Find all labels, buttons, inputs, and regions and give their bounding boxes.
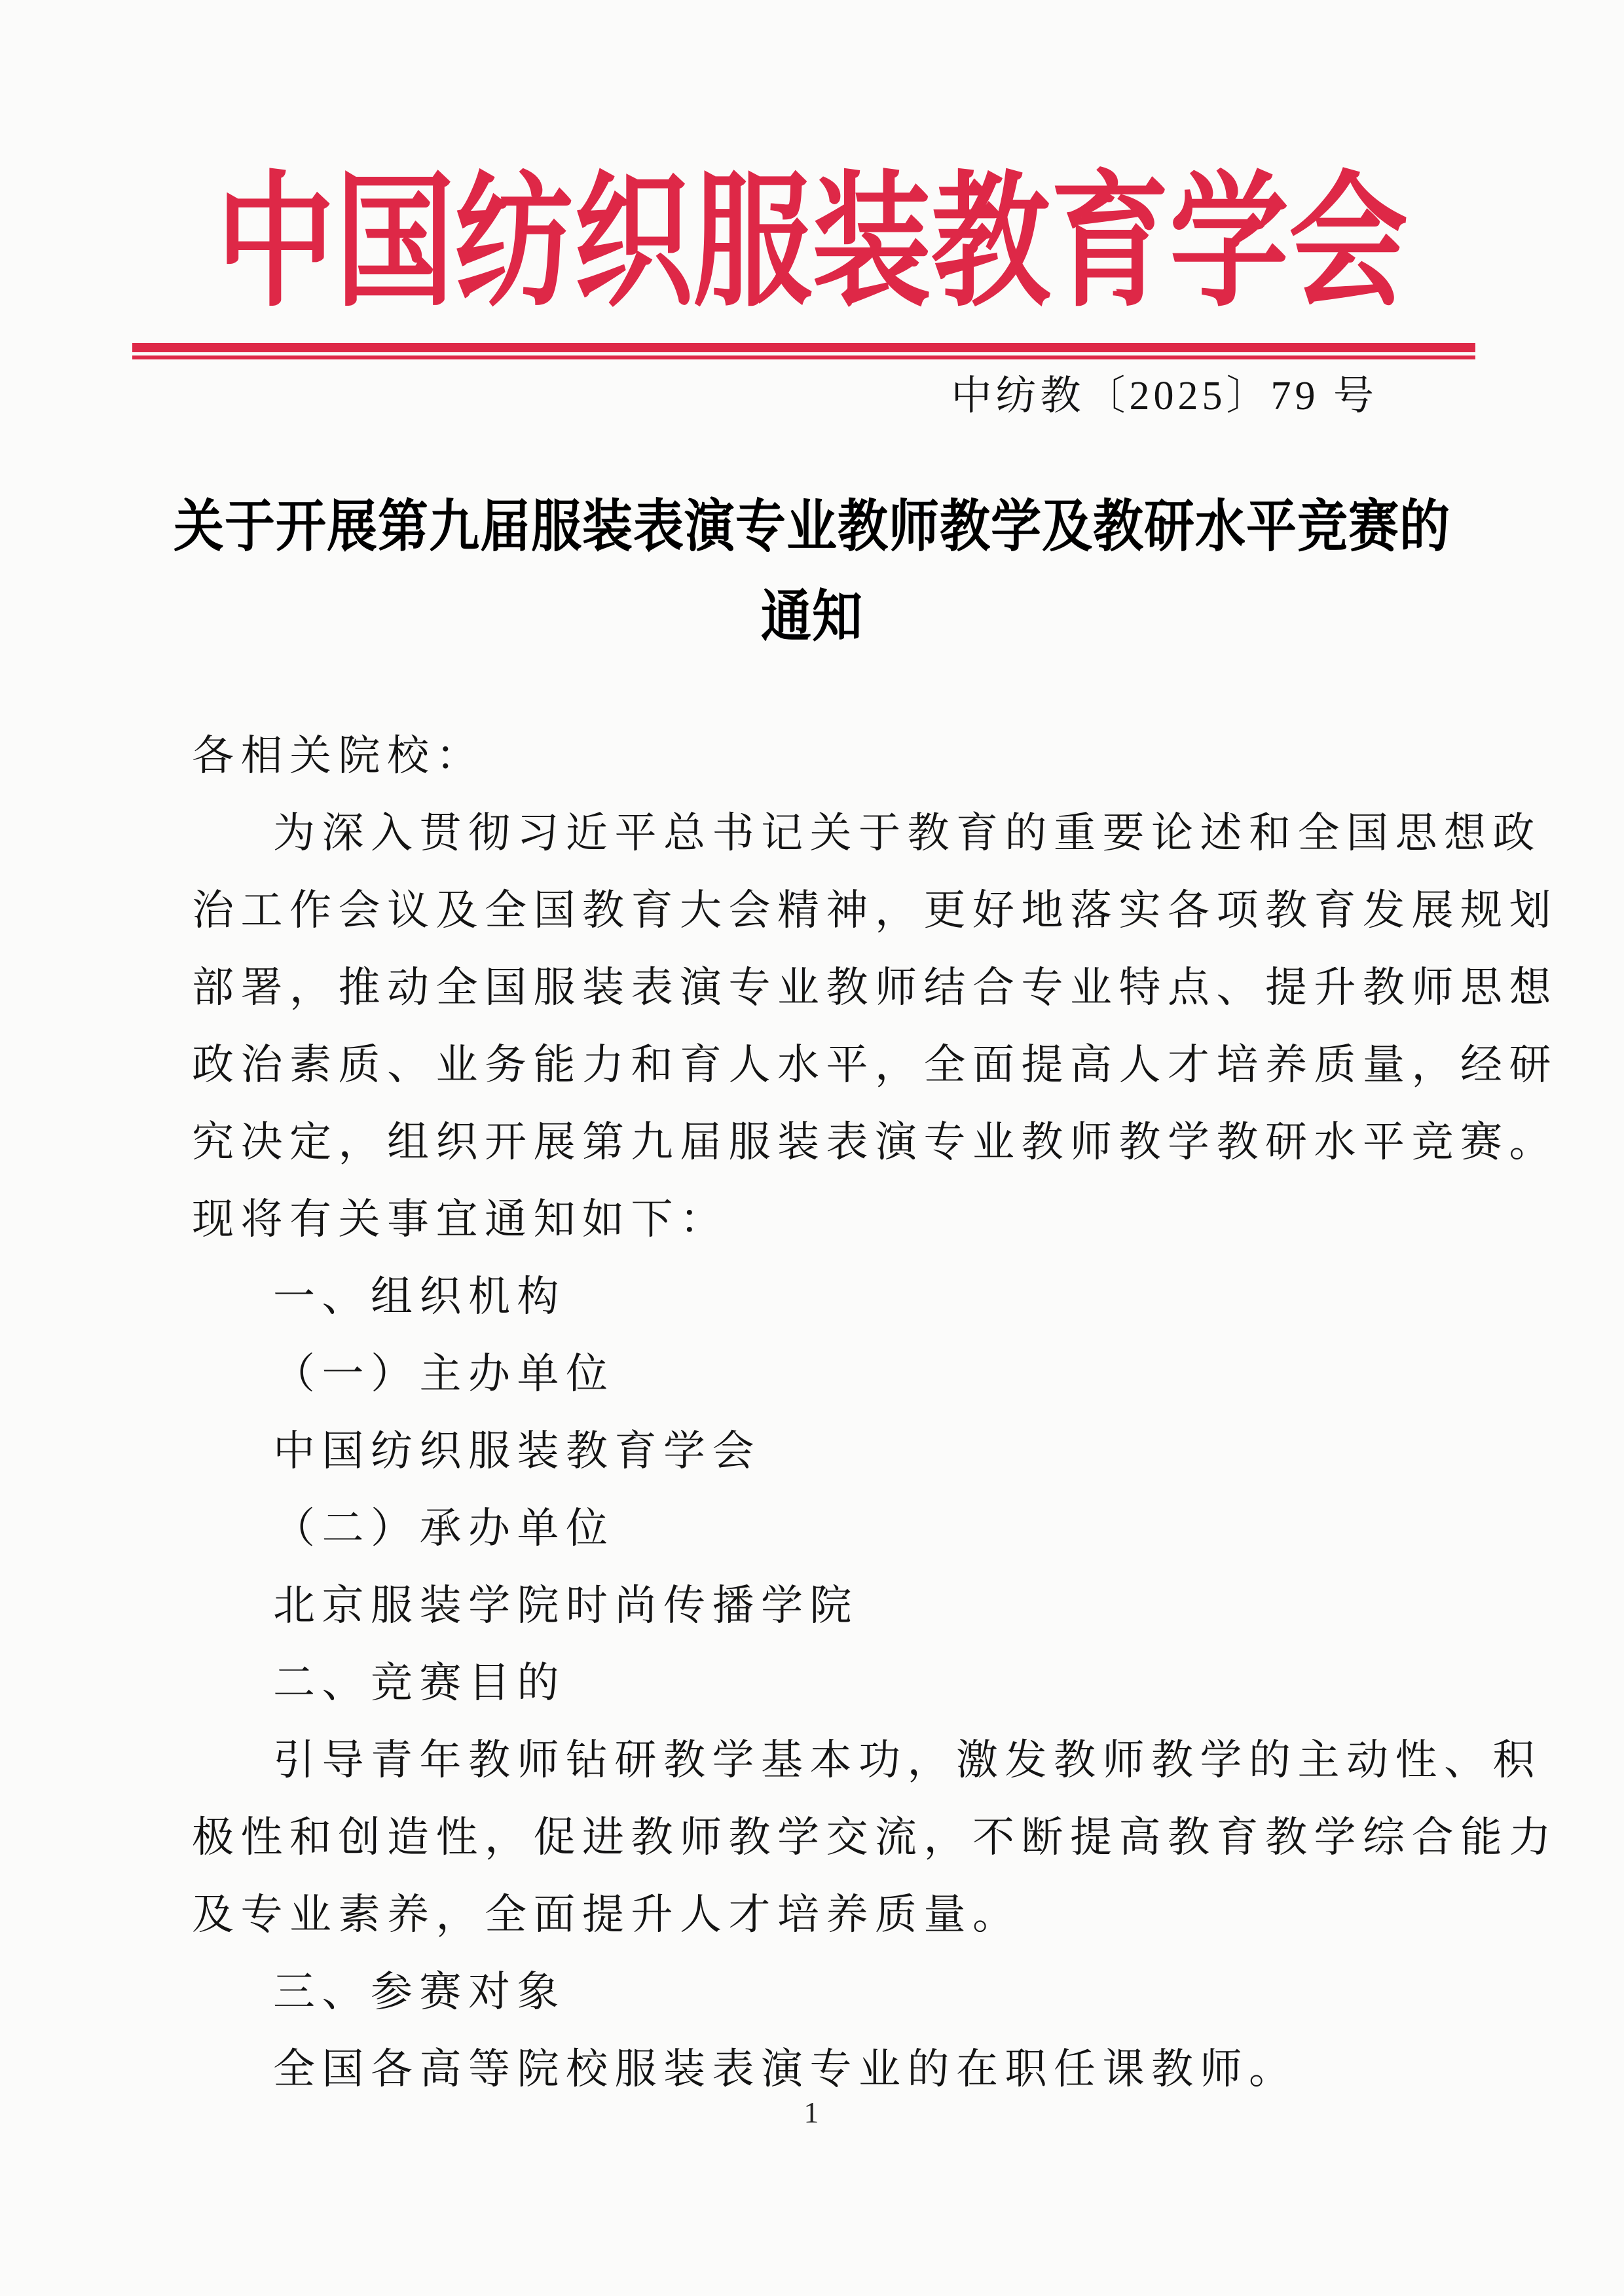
body-line: 引导青年教师钻研教学基本功，激发教师教学的主动性、积 xyxy=(192,1722,1467,1799)
document-page: 中国纺织服装教育学会 中纺教〔2025〕79 号 关于开展第九届服装表演专业教师… xyxy=(0,0,1624,2296)
document-title-line2: 通知 xyxy=(0,572,1624,663)
body-line: 部署，推动全国服装表演专业教师结合专业特点、提升教师思想 xyxy=(192,949,1467,1027)
body-line: 三、参赛对象 xyxy=(192,1954,1467,2031)
body-line: 究决定，组织开展第九届服装表演专业教师教学教研水平竞赛。 xyxy=(192,1104,1467,1181)
document-number: 中纺教〔2025〕79 号 xyxy=(0,368,1378,424)
body-line: 及专业素养，全面提升人才培养质量。 xyxy=(192,1876,1467,1954)
body-line: 中国纺织服装教育学会 xyxy=(192,1413,1467,1490)
body-line: 二、竞赛目的 xyxy=(192,1645,1467,1722)
body-line: （一）主办单位 xyxy=(192,1336,1467,1413)
document-title-line1: 关于开展第九届服装表演专业教师教学及教研水平竞赛的 xyxy=(0,482,1624,572)
header-divider-thick xyxy=(132,343,1475,352)
body-line: 各相关院校： xyxy=(192,718,1467,795)
document-title: 关于开展第九届服装表演专业教师教学及教研水平竞赛的 通知 xyxy=(0,482,1624,663)
document-body: 各相关院校：为深入贯彻习近平总书记关于教育的重要论述和全国思想政治工作会议及全国… xyxy=(192,718,1467,2108)
header-divider-thin xyxy=(132,355,1475,359)
body-line: 现将有关事宜通知如下： xyxy=(192,1181,1467,1258)
body-line: 北京服装学院时尚传播学院 xyxy=(192,1567,1467,1645)
body-line: （二）承办单位 xyxy=(192,1490,1467,1567)
body-line: 治工作会议及全国教育大会精神，更好地落实各项教育发展规划 xyxy=(192,872,1467,949)
page-number: 1 xyxy=(0,2095,1624,2130)
body-line: 一、组织机构 xyxy=(192,1258,1467,1336)
org-masthead: 中国纺织服装教育学会 xyxy=(0,172,1624,317)
body-line: 极性和创造性，促进教师教学交流，不断提高教育教学综合能力 xyxy=(192,1799,1467,1876)
body-line: 政治素质、业务能力和育人水平，全面提高人才培养质量，经研 xyxy=(192,1027,1467,1104)
body-line: 为深入贯彻习近平总书记关于教育的重要论述和全国思想政 xyxy=(192,795,1467,872)
